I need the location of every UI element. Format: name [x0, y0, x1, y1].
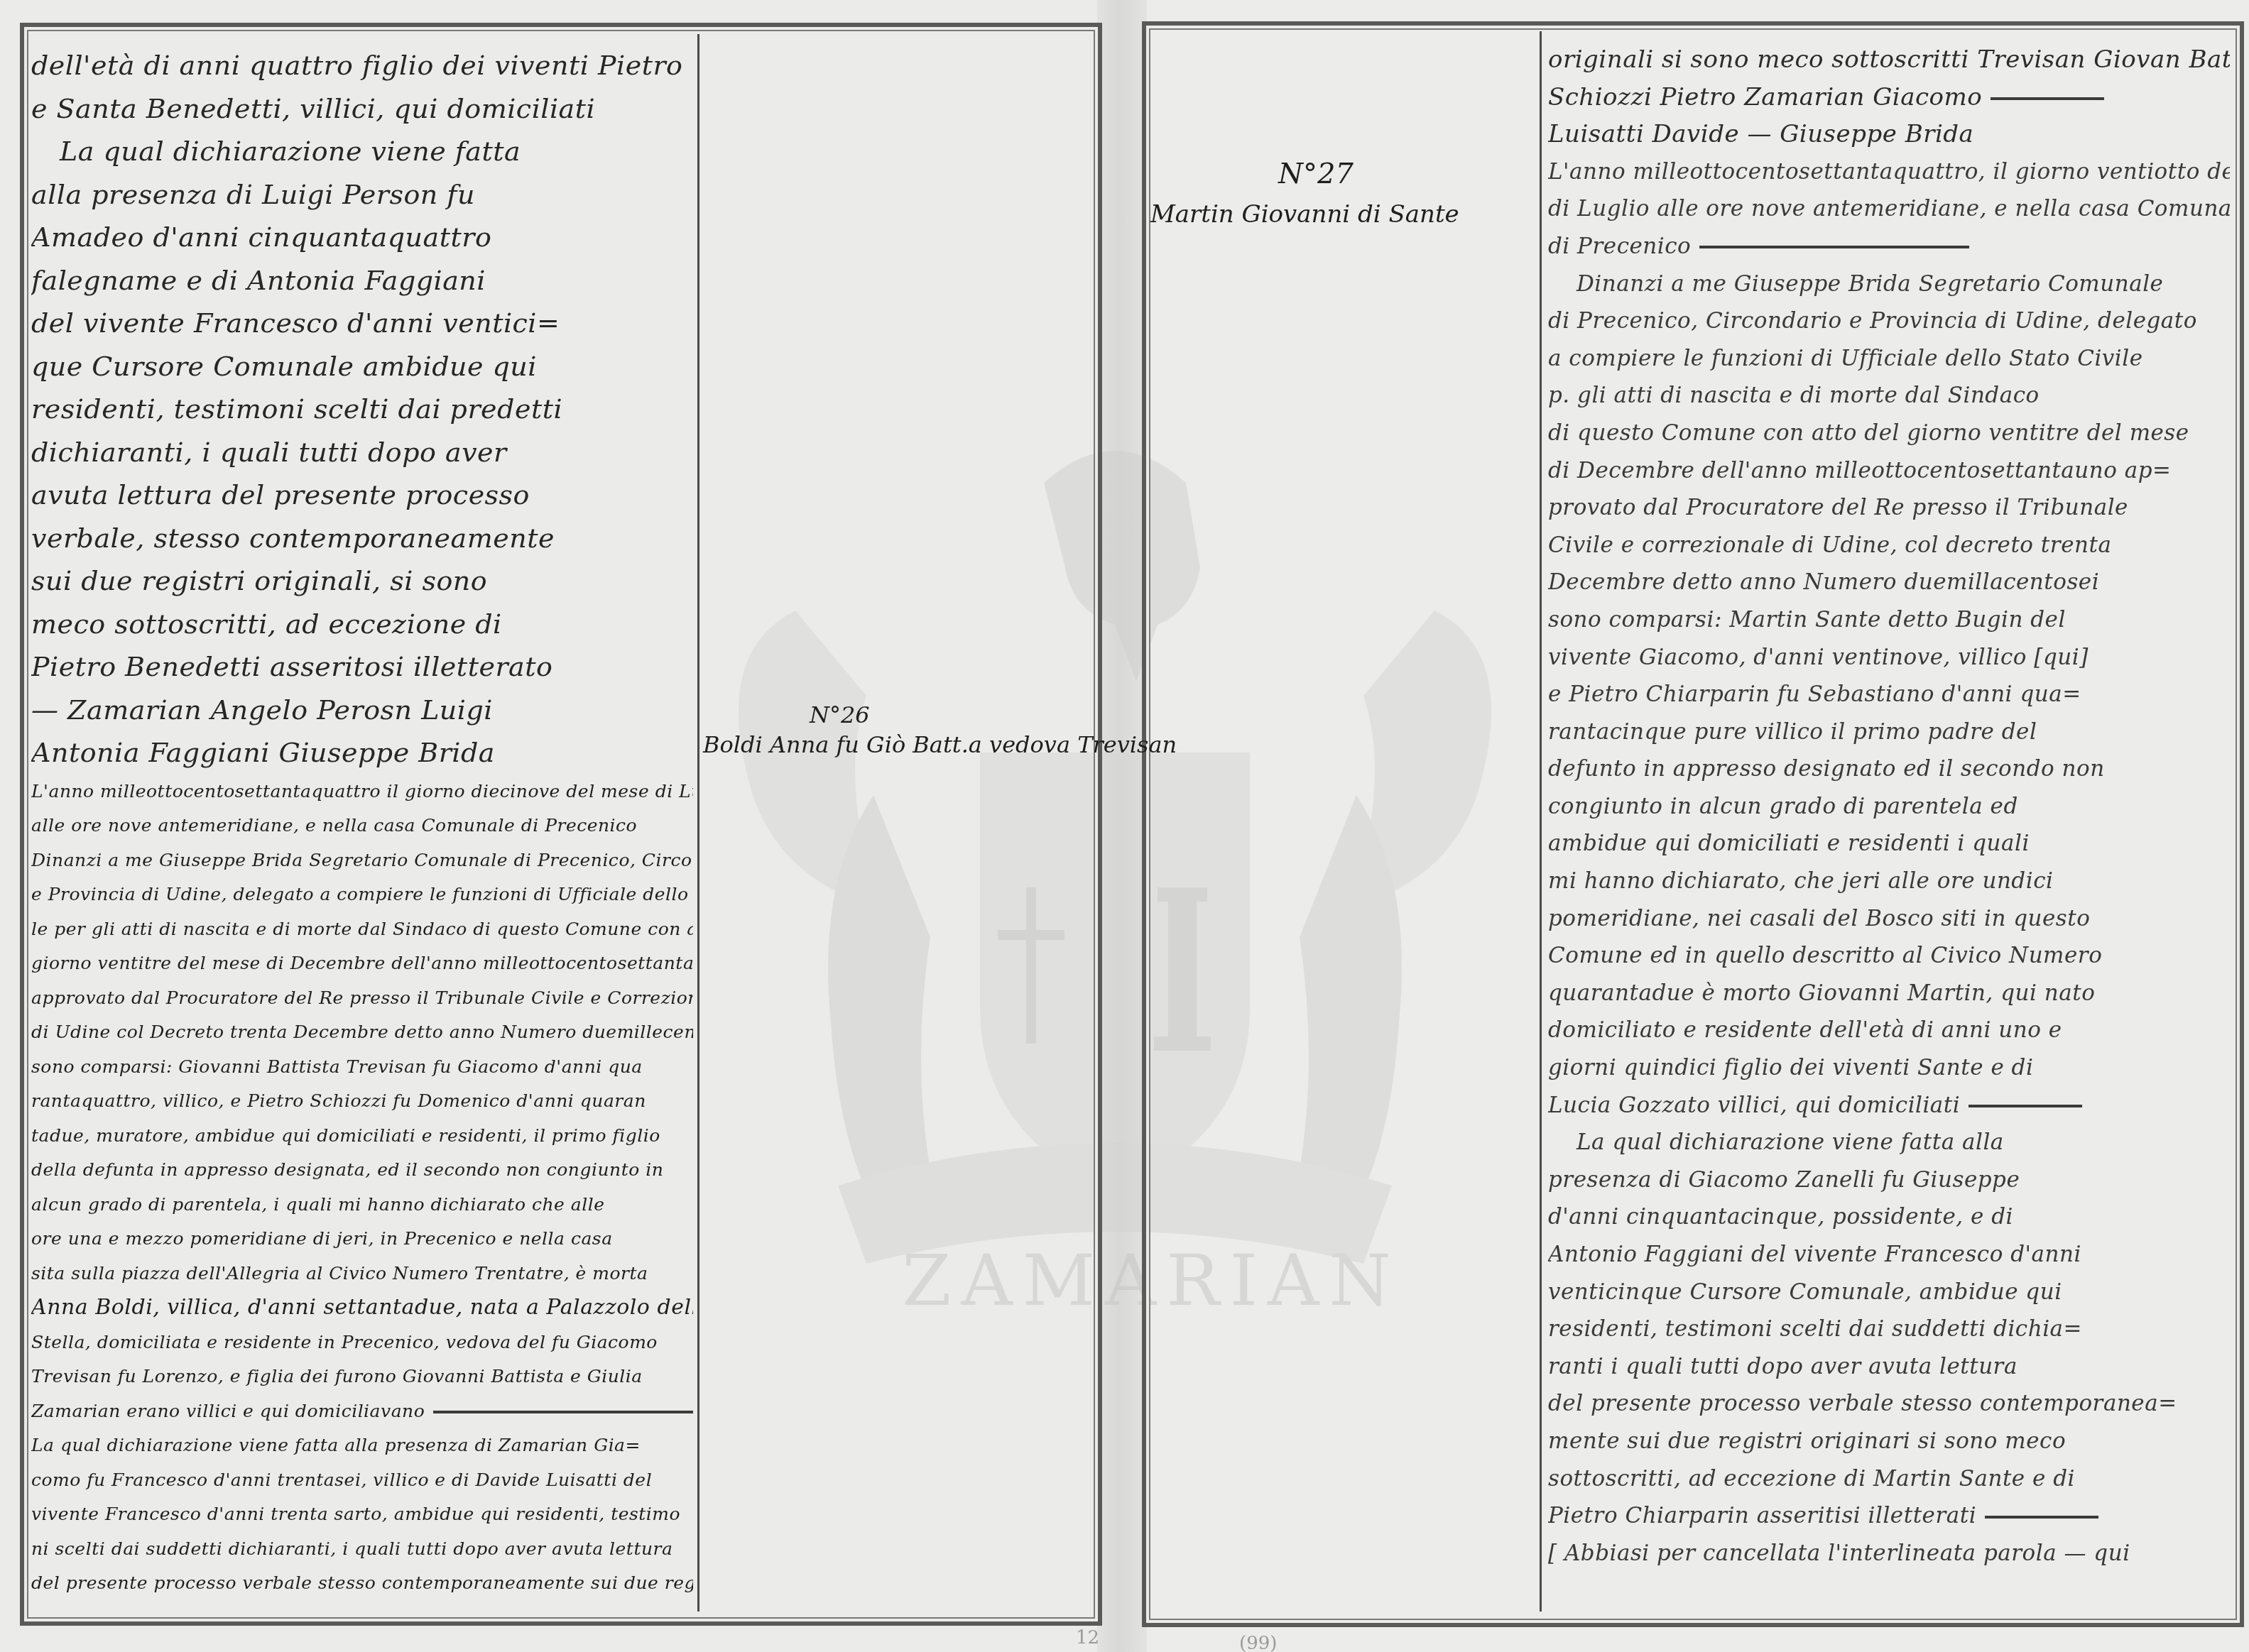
text-line: alle ore nove antemeridiane, e nella cas… [31, 809, 693, 843]
text-line: domiciliato e residente dell'età di anni… [1548, 1012, 2230, 1049]
page-stamp-right: (99) [1239, 1633, 1277, 1652]
signature-line: Schiozzi Pietro Zamarian Giacomo [1548, 79, 2230, 116]
text-line: verbale, stesso contemporaneamente [31, 517, 693, 560]
act-27-text: L'anno milleottocentosettantaquattro, il… [1548, 153, 2230, 1572]
text-line: mi hanno dichiarato, che jeri alle ore u… [1548, 863, 2230, 900]
text-line: di Precenico, Circondario e Provincia di… [1548, 302, 2230, 340]
text-line: rantaquattro, villico, e Pietro Schiozzi… [31, 1084, 693, 1119]
deceased-name-26: Boldi Anna fu Giò Batt.a vedova Trevisan [703, 731, 1177, 758]
text-line: Comune ed in quello descritto al Civico … [1548, 937, 2230, 975]
text-line: Stella, domiciliata e residente in Prece… [31, 1325, 693, 1360]
right-column-divider [1540, 31, 1542, 1612]
text-line: residenti, testimoni scelti dai suddetti… [1548, 1311, 2230, 1348]
text-line: La qual dichiarazione viene fatta alla [1548, 1124, 2230, 1161]
text-line: Decembre detto anno Numero duemillacento… [1548, 564, 2230, 601]
text-line: sui due registri originali, si sono [31, 559, 693, 603]
right-page-text: originali si sono meco sottoscritti Trev… [1548, 41, 2230, 1572]
text-line: dichiaranti, i quali tutti dopo aver [31, 431, 693, 474]
text-line: di Precenico [1548, 228, 2230, 266]
text-line: sono comparsi: Giovanni Battista Trevisa… [31, 1050, 693, 1085]
text-line: presenza di Giacomo Zanelli fu Giuseppe [1548, 1161, 2230, 1199]
text-line: La qual dichiarazione viene fatta alla p… [31, 1428, 693, 1463]
text-line: avuta lettura del presente processo [31, 474, 693, 517]
text-line: Zamarian erano villici e qui domiciliava… [31, 1394, 693, 1429]
text-line: meco sottoscritti, ad eccezione di [31, 603, 693, 646]
text-line: e Pietro Chiarparin fu Sebastiano d'anni… [1548, 676, 2230, 713]
annotation-line: [ Abbiasi per cancellata l'interlineata … [1548, 1535, 2230, 1572]
text-line: e Santa Benedetti, villici, qui domicili… [31, 87, 693, 131]
text-line: defunto in appresso designato ed il seco… [1548, 750, 2230, 788]
text-line: Trevisan fu Lorenzo, e figlia dei furono… [31, 1360, 693, 1394]
text-line: congiunto in alcun grado di parentela ed [1548, 788, 2230, 826]
text-line: alla presenza di Luigi Person fu [31, 173, 693, 217]
text-line: di questo Comune con atto del giorno ven… [1548, 415, 2230, 452]
act-26-signatures: originali si sono meco sottoscritti Trev… [1548, 41, 2230, 153]
text-line: ranti i quali tutti dopo aver avuta lett… [1548, 1348, 2230, 1386]
text-line: le per gli atti di nascita e di morte da… [31, 912, 693, 947]
text-line: vivente Francesco d'anni trenta sarto, a… [31, 1497, 693, 1532]
text-line: sita sulla piazza dell'Allegria al Civic… [31, 1257, 693, 1291]
text-line: L'anno milleottocentosettantaquattro il … [31, 775, 693, 809]
signature-line: Antonia Faggiani Giuseppe Brida [31, 731, 693, 775]
text-line: p. gli atti di nascita e di morte dal Si… [1548, 377, 2230, 415]
text-line: tadue, muratore, ambidue qui domiciliati… [31, 1119, 693, 1154]
text-line: ore una e mezzo pomeridiane di jeri, in … [31, 1222, 693, 1257]
act-number-26: N°26 [810, 701, 870, 728]
left-page-text: dell'età di anni quattro figlio dei vive… [31, 44, 693, 1601]
text-line: del presente processo verbale stesso con… [1548, 1385, 2230, 1423]
text-line: quarantadue è morto Giovanni Martin, qui… [1548, 975, 2230, 1012]
act-26-text: L'anno milleottocentosettantaquattro il … [31, 775, 693, 1601]
page-number-left: 12 [1076, 1627, 1099, 1648]
text-line: Amadeo d'anni cinquantaquattro [31, 216, 693, 259]
text-line: La qual dichiarazione viene fatta [31, 130, 693, 173]
text-line: ambidue qui domiciliati e residenti i qu… [1548, 825, 2230, 863]
text-line: falegname e di Antonia Faggiani [31, 259, 693, 302]
text-line: approvato dal Procuratore del Re presso … [31, 981, 693, 1016]
text-line: Lucia Gozzato villici, qui domiciliati [1548, 1087, 2230, 1125]
text-line: rantacinque pure villico il primo padre … [1548, 713, 2230, 751]
text-line: Antonio Faggiani del vivente Francesco d… [1548, 1236, 2230, 1274]
signature-line: Luisatti Davide — Giuseppe Brida [1548, 116, 2230, 153]
text-line: del presente processo verbale stesso con… [31, 1566, 693, 1601]
text-line: residenti, testimoni scelti dai predetti [31, 388, 693, 431]
book-gutter [1097, 0, 1147, 1652]
text-line: Dinanzi a me Giuseppe Brida Segretario C… [1548, 266, 2230, 303]
text-line: della defunta in appresso designata, ed … [31, 1153, 693, 1188]
deceased-name-27: Martin Giovanni di Sante [1150, 200, 1459, 229]
text-line: que Cursore Comunale ambidue qui [31, 345, 693, 388]
left-column-divider [697, 34, 699, 1612]
text-line: di Udine col Decreto trenta Decembre det… [31, 1015, 693, 1050]
signature-line: originali si sono meco sottoscritti Trev… [1548, 41, 2230, 79]
text-line: alcun grado di parentela, i quali mi han… [31, 1188, 693, 1222]
text-line: del vivente Francesco d'anni ventici= [31, 302, 693, 345]
act-number-27: N°27 [1278, 158, 1354, 190]
text-line: L'anno milleottocentosettantaquattro, il… [1548, 153, 2230, 191]
text-line: pomeridiane, nei casali del Bosco siti i… [1548, 900, 2230, 938]
text-line: venticinque Cursore Comunale, ambidue qu… [1548, 1274, 2230, 1311]
text-line: sottoscritti, ad eccezione di Martin San… [1548, 1460, 2230, 1498]
text-line: dell'età di anni quattro figlio dei vive… [31, 44, 693, 87]
text-line: provato dal Procuratore del Re presso il… [1548, 489, 2230, 527]
text-line: di Decembre dell'anno milleottocentosett… [1548, 452, 2230, 490]
text-line: mente sui due registri originari si sono… [1548, 1423, 2230, 1460]
text-line: giorni quindici figlio dei viventi Sante… [1548, 1049, 2230, 1087]
text-line: Pietro Chiarparin asseritisi illetterati [1548, 1497, 2230, 1535]
text-line: ni scelti dai suddetti dichiaranti, i qu… [31, 1532, 693, 1567]
text-line: vivente Giacomo, d'anni ventinove, villi… [1548, 639, 2230, 677]
text-line: Dinanzi a me Giuseppe Brida Segretario C… [31, 843, 693, 878]
text-line: como fu Francesco d'anni trentasei, vill… [31, 1463, 693, 1498]
text-line: Pietro Benedetti asseritosi illetterato [31, 645, 693, 689]
act-25-continuation: dell'età di anni quattro figlio dei vive… [31, 44, 693, 775]
text-line: e Provincia di Udine, delegato a compier… [31, 877, 693, 912]
signature-line: — Zamarian Angelo Perosn Luigi [31, 689, 693, 732]
text-line: di Luglio alle ore nove antemeridiane, e… [1548, 190, 2230, 228]
text-line: Anna Boldi, villica, d'anni settantadue,… [31, 1291, 693, 1325]
text-line: Civile e correzionale di Udine, col decr… [1548, 527, 2230, 564]
text-line: a compiere le funzioni di Ufficiale dell… [1548, 340, 2230, 378]
text-line: d'anni cinquantacinque, possidente, e di [1548, 1198, 2230, 1236]
text-line: giorno ventitre del mese di Decembre del… [31, 946, 693, 981]
text-line: sono comparsi: Martin Sante detto Bugin … [1548, 601, 2230, 639]
